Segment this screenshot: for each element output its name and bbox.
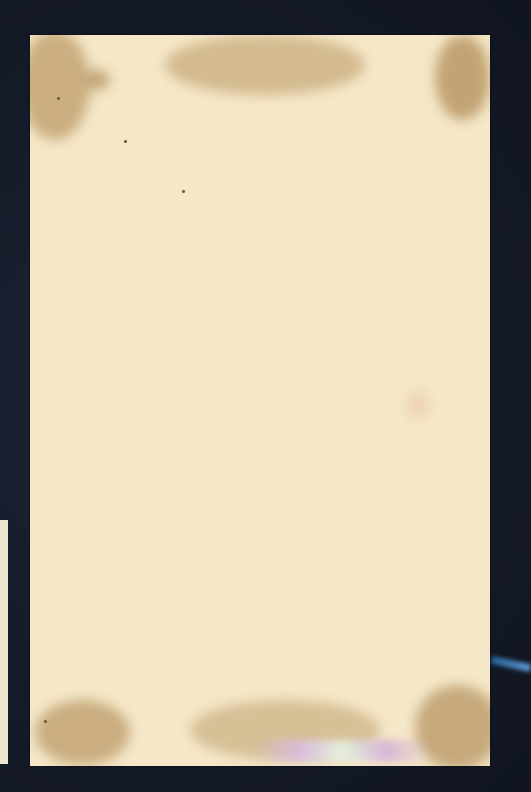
speck [182,190,185,193]
stain-bottom-left [35,700,130,765]
faint-pink-mark [405,390,430,420]
card-back [30,35,490,766]
glare-bottom [255,740,430,762]
stain-top-center [165,35,365,95]
speck [44,720,47,723]
adjacent-card-edge [0,520,8,764]
stain-top-left [30,35,90,140]
speck [57,97,60,100]
stain-top-right [435,35,490,120]
speck [124,140,127,143]
stain-top-left-drip [85,70,110,90]
